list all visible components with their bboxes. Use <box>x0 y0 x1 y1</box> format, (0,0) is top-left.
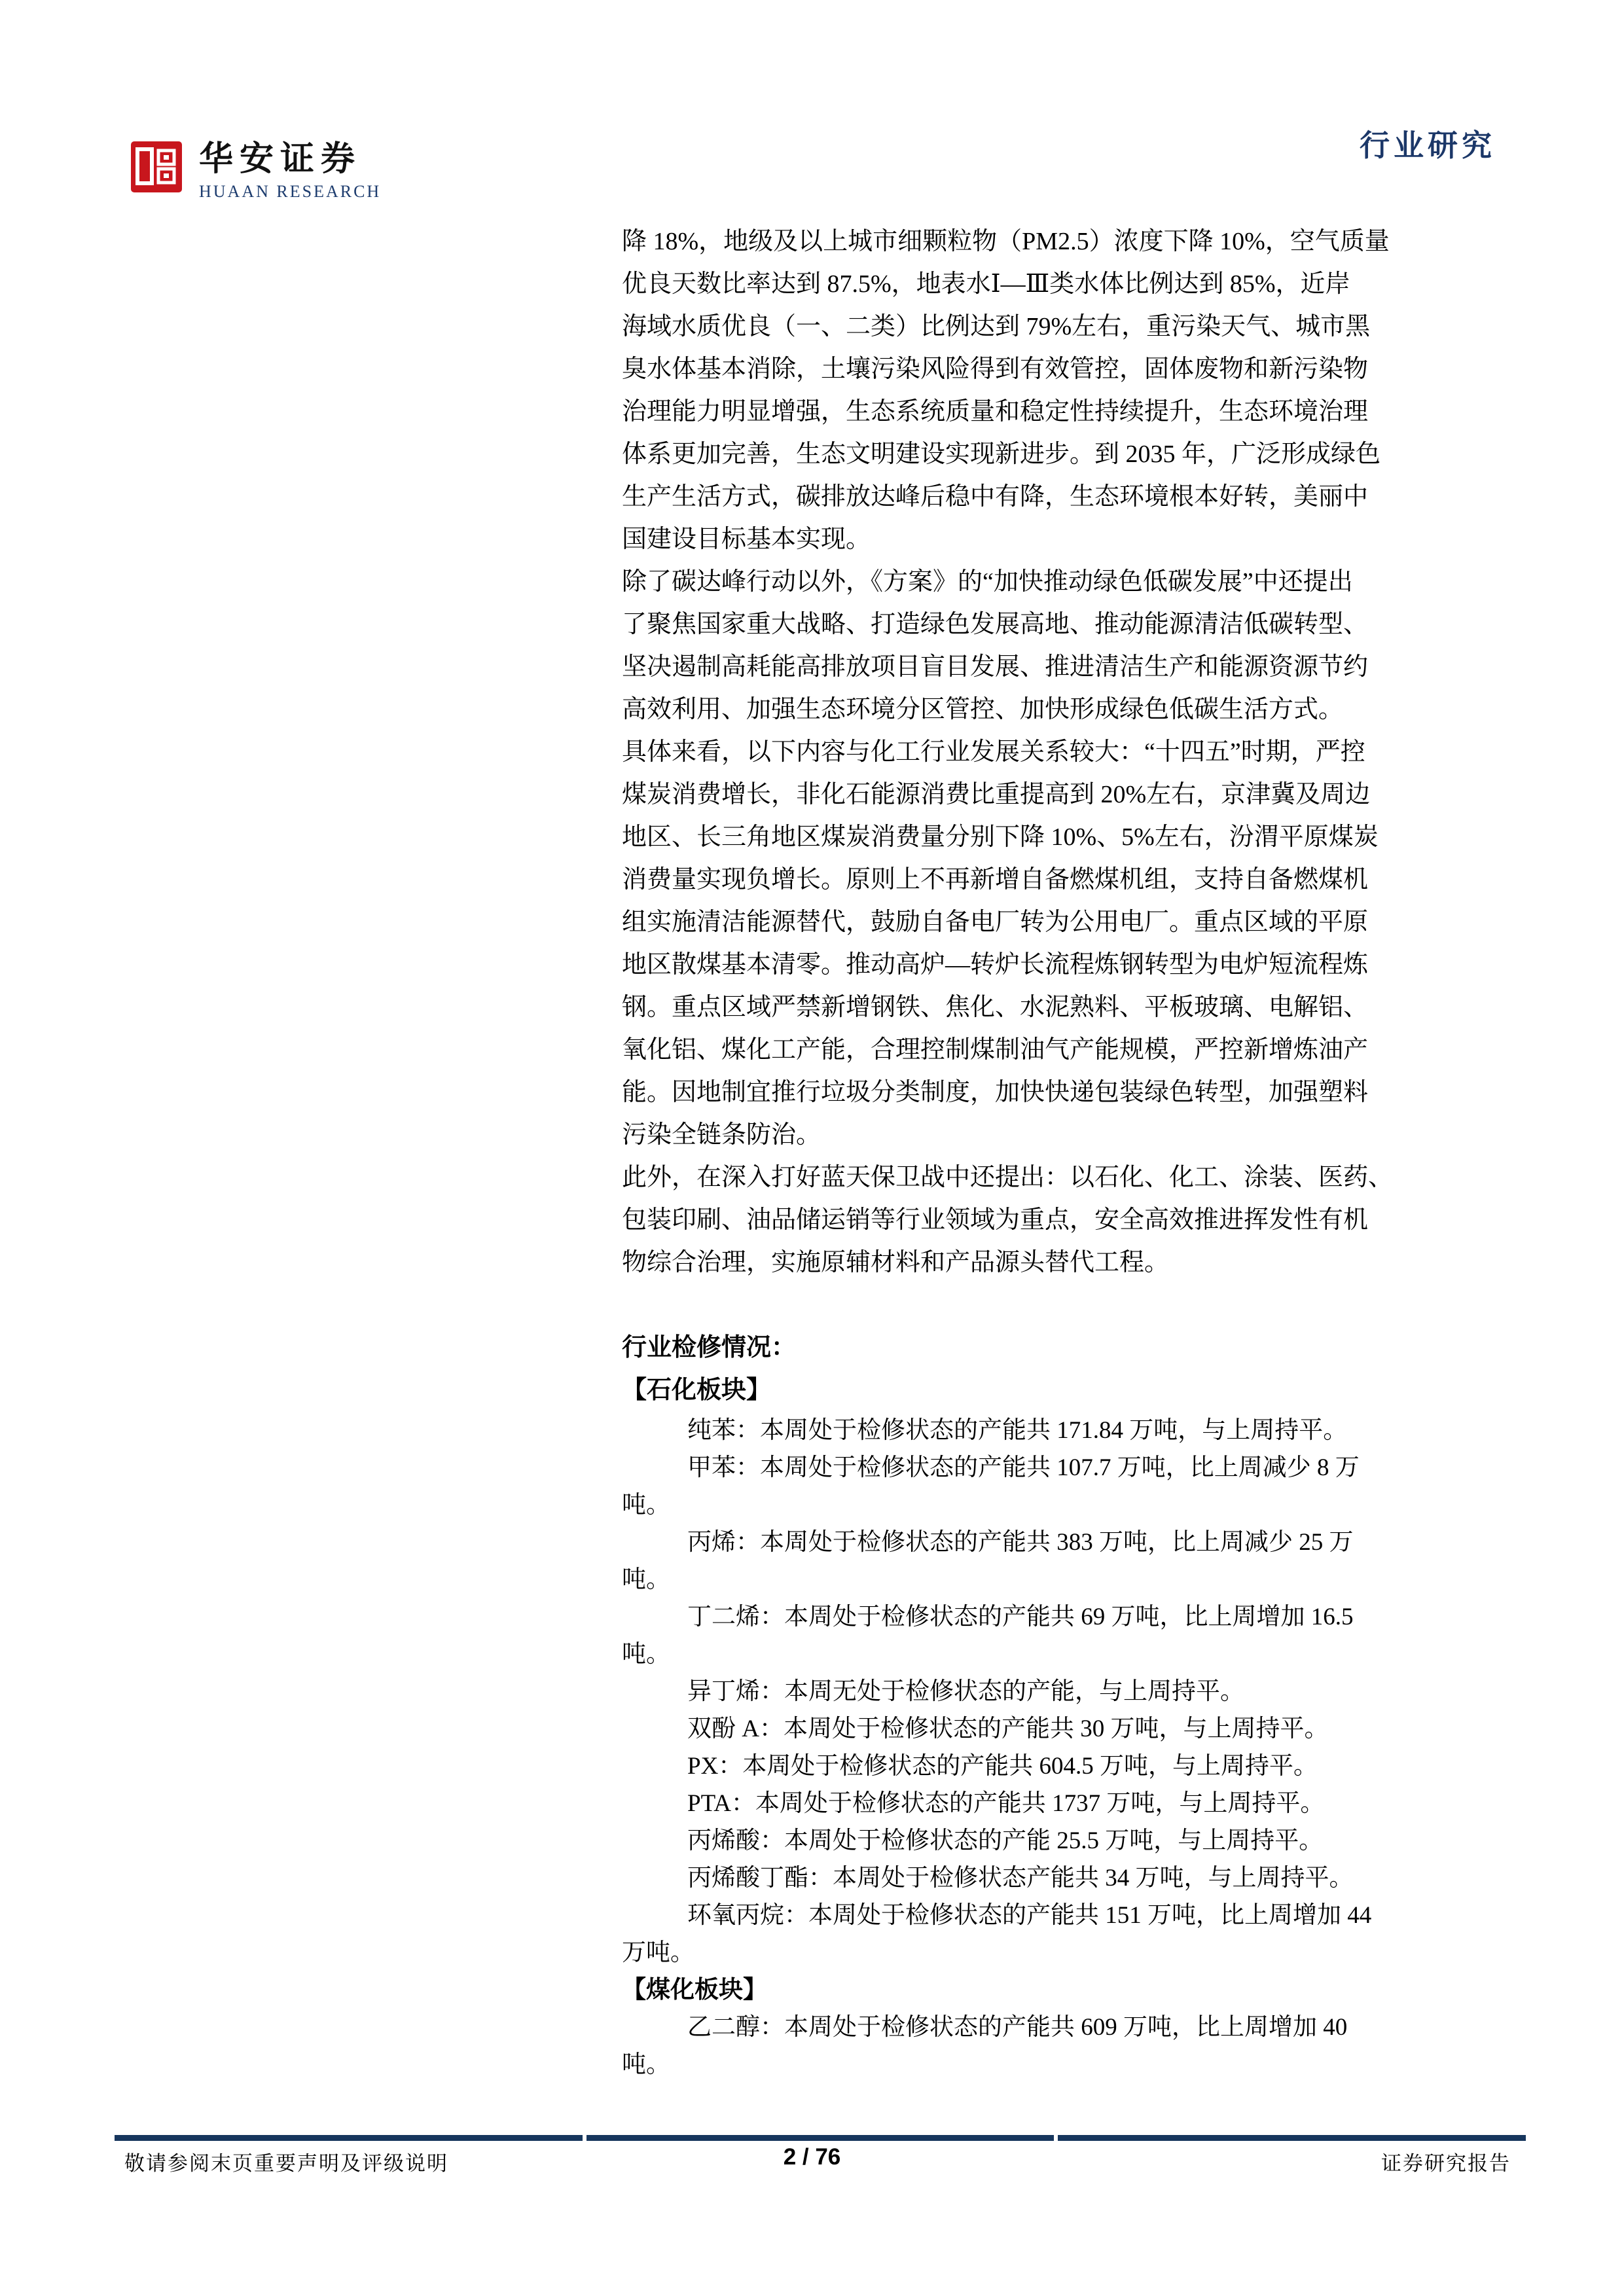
text-line: 能。因地制宜推行垃圾分类制度，加快快递包装绿色转型，加强塑料 <box>622 1071 1532 1114</box>
text-line: 丙烯酸：本周处于检修状态的产能 25.5 万吨，与上周持平。 <box>622 1822 1532 1859</box>
page-number: 2 / 76 <box>0 2144 1624 2170</box>
text-line: 丁二烯：本周处于检修状态的产能共 69 万吨，比上周增加 16.5 <box>622 1598 1532 1636</box>
text-line <box>622 1284 1532 1327</box>
huaan-seal-icon <box>131 141 182 192</box>
text-line: 坚决遏制高耗能高排放项目盲目发展、推进清洁生产和能源资源节约 <box>622 646 1532 689</box>
text-line: 地区散煤基本清零。推动高炉—转炉长流程炼钢转型为电炉短流程炼 <box>622 944 1532 986</box>
report-page: 华安证券 HUAAN RESEARCH 行业研究 降 18%，地级及以上城市细颗… <box>0 0 1624 2296</box>
logo-cn-text: 华安证券 <box>199 141 381 178</box>
text-line: PTA：本周处于检修状态的产能共 1737 万吨，与上周持平。 <box>622 1785 1532 1822</box>
text-line: 高效利用、加强生态环境分区管控、加快形成绿色低碳生活方式。 <box>622 689 1532 731</box>
text-line: 治理能力明显增强，生态系统质量和稳定性持续提升，生态环境治理 <box>622 391 1532 433</box>
body-text-column: 降 18%，地级及以上城市细颗粒物（PM2.5）浓度下降 10%，空气质量优良天… <box>622 221 1532 2083</box>
footer-bar-segment <box>586 2135 1055 2141</box>
text-line: 除了碳达峰行动以外，《方案》的“加快推动绿色低碳发展”中还提出 <box>622 561 1532 603</box>
text-line: 此外，在深入打好蓝天保卫战中还提出：以石化、化工、涂装、医药、 <box>622 1157 1532 1199</box>
text-line: 丙烯酸丁酯：本周处于检修状态产能共 34 万吨，与上周持平。 <box>622 1859 1532 1897</box>
text-line: 污染全链条防治。 <box>622 1114 1532 1157</box>
company-logo: 华安证券 HUAAN RESEARCH <box>131 141 381 202</box>
text-line: 具体来看，以下内容与化工行业发展关系较大：“十四五”时期，严控 <box>622 731 1532 774</box>
logo-en-text: HUAAN RESEARCH <box>199 182 381 202</box>
footer-bar-segment <box>1058 2135 1526 2141</box>
text-line: 氧化铝、煤化工产能，合理控制煤制油气产能规模，严控新增炼油产 <box>622 1029 1532 1071</box>
text-line: 地区、长三角地区煤炭消费量分别下降 10%、5%左右，汾渭平原煤炭 <box>622 816 1532 859</box>
text-line: 包装印刷、油品储运销等行业领域为重点，安全高效推进挥发性有机 <box>622 1199 1532 1242</box>
footer-divider-bar <box>115 2135 1526 2141</box>
text-line: 双酚 A：本周处于检修状态的产能共 30 万吨，与上周持平。 <box>622 1710 1532 1748</box>
text-line: 吨。 <box>622 1561 1532 1598</box>
text-line: 优良天数比率达到 87.5%，地表水Ⅰ—Ⅲ类水体比例达到 85%，近岸 <box>622 263 1532 306</box>
text-line: 吨。 <box>622 1636 1532 1673</box>
text-line: PX：本周处于检修状态的产能共 604.5 万吨，与上周持平。 <box>622 1748 1532 1785</box>
text-line: 【石化板块】 <box>622 1369 1532 1412</box>
text-line: 万吨。 <box>622 1934 1532 1971</box>
footer-bar-segment <box>115 2135 583 2141</box>
text-line: 丙烯：本周处于检修状态的产能共 383 万吨，比上周减少 25 万 <box>622 1524 1532 1561</box>
text-line: 臭水体基本消除，土壤污染风险得到有效管控，固体废物和新污染物 <box>622 348 1532 391</box>
text-line: 环氧丙烷：本周处于检修状态的产能共 151 万吨，比上周增加 44 <box>622 1897 1532 1934</box>
text-line: 异丁烯：本周无处于检修状态的产能，与上周持平。 <box>622 1673 1532 1710</box>
text-line: 消费量实现负增长。原则上不再新增自备燃煤机组，支持自备燃煤机 <box>622 859 1532 901</box>
text-line: 吨。 <box>622 1486 1532 1524</box>
text-line: 纯苯：本周处于检修状态的产能共 171.84 万吨，与上周持平。 <box>622 1412 1532 1449</box>
text-line: 生产生活方式，碳排放达峰后稳中有降，生态环境根本好转，美丽中 <box>622 476 1532 518</box>
text-line: 国建设目标基本实现。 <box>622 518 1532 561</box>
text-line: 【煤化板块】 <box>622 1971 1532 2009</box>
text-line: 煤炭消费增长，非化石能源消费比重提高到 20%左右，京津冀及周边 <box>622 774 1532 816</box>
report-type-label: 行业研究 <box>1360 122 1496 165</box>
text-line: 组实施清洁能源替代，鼓励自备电厂转为公用电厂。重点区域的平原 <box>622 901 1532 944</box>
text-line: 降 18%，地级及以上城市细颗粒物（PM2.5）浓度下降 10%，空气质量 <box>622 221 1532 263</box>
text-line: 吨。 <box>622 2046 1532 2083</box>
text-line: 海域水质优良（一、二类）比例达到 79%左右，重污染天气、城市黑 <box>622 306 1532 348</box>
text-line: 行业检修情况： <box>622 1327 1532 1369</box>
text-line: 钢。重点区域严禁新增钢铁、焦化、水泥熟料、平板玻璃、电解铝、 <box>622 986 1532 1029</box>
text-line: 甲苯：本周处于检修状态的产能共 107.7 万吨，比上周减少 8 万 <box>622 1449 1532 1486</box>
text-line: 乙二醇：本周处于检修状态的产能共 609 万吨，比上周增加 40 <box>622 2009 1532 2046</box>
text-line: 物综合治理，实施原辅材料和产品源头替代工程。 <box>622 1242 1532 1284</box>
footer-report-tag: 证券研究报告 <box>1381 2147 1511 2176</box>
text-line: 体系更加完善，生态文明建设实现新进步。到 2035 年，广泛形成绿色 <box>622 433 1532 476</box>
text-line: 了聚焦国家重大战略、打造绿色发展高地、推动能源清洁低碳转型、 <box>622 603 1532 646</box>
